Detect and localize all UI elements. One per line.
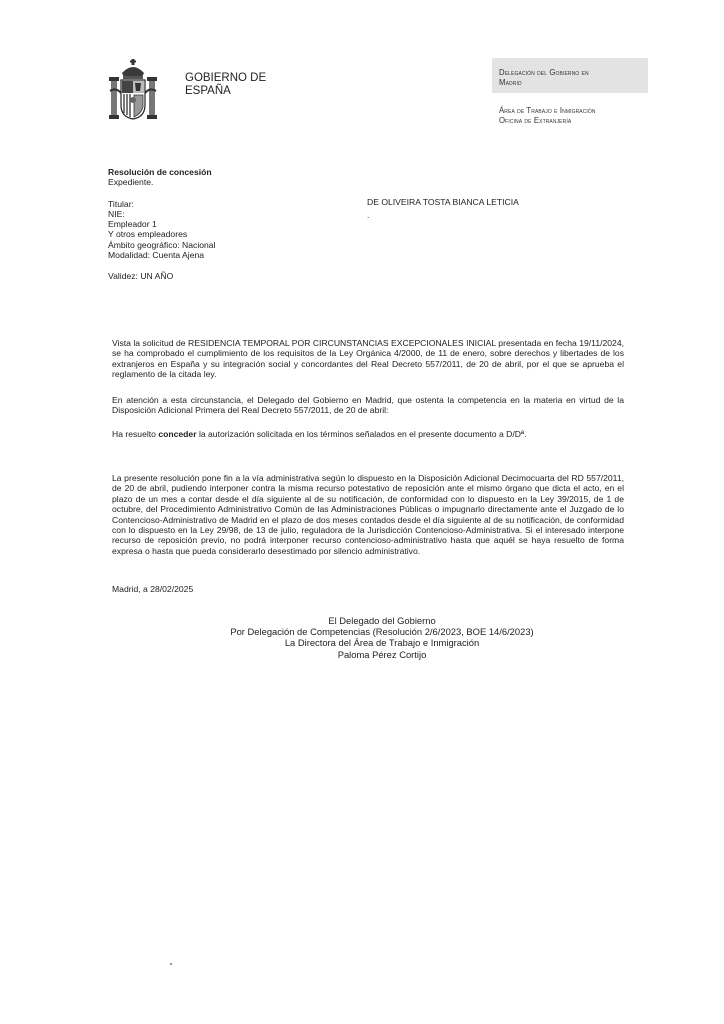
- area-office-header: Área de Trabajo e Inmigración Oficina de…: [499, 106, 596, 126]
- signature-line1: El Delegado del Gobierno: [112, 615, 652, 626]
- delegation-header-box: Delegación del Gobierno en Madrid: [492, 58, 648, 93]
- holder-info: DE OLIVEIRA TOSTA BIANCA LETICIA .: [367, 196, 519, 222]
- resolution-text-after: la autorización solicitada en los términ…: [197, 429, 527, 439]
- signature-line2: Por Delegación de Competencias (Resoluci…: [112, 626, 652, 637]
- government-title: GOBIERNO DE ESPAÑA: [185, 72, 266, 98]
- empleador-label: Empleador 1: [108, 219, 215, 229]
- resolution-title: Resolución de concesión: [108, 167, 215, 177]
- nie-value: .: [367, 209, 519, 222]
- gov-title-line1: GOBIERNO DE: [185, 72, 266, 84]
- nie-label: NIE:: [108, 209, 215, 219]
- signatory-name: Paloma Pérez Cortijo: [112, 649, 652, 660]
- resolution-metadata: Resolución de concesión Expediente. Titu…: [108, 167, 215, 282]
- paragraph-application: Vista la solicitud de RESIDENCIA TEMPORA…: [112, 338, 624, 380]
- paragraph-appeal-rights: La presente resolución pone fin a la vía…: [112, 473, 624, 556]
- expediente-label: Expediente.: [108, 177, 215, 187]
- footer-mark: [170, 963, 172, 965]
- delegation-line2: Madrid: [499, 78, 522, 87]
- titular-name: DE OLIVEIRA TOSTA BIANCA LETICIA: [367, 196, 519, 209]
- area-line1: Área de Trabajo e Inmigración: [499, 106, 596, 115]
- resolution-verb: conceder: [158, 429, 196, 439]
- coat-of-arms-icon: [108, 57, 158, 123]
- delegation-line1: Delegación del Gobierno en: [499, 68, 589, 77]
- resolution-text-before: Ha resuelto: [112, 429, 158, 439]
- modalidad-label: Modalidad: Cuenta Ajena: [108, 250, 215, 260]
- area-line2: Oficina de Extranjería: [499, 116, 571, 125]
- signature-line3: La Directora del Área de Trabajo e Inmig…: [112, 637, 652, 648]
- ambito-label: Ámbito geográfico: Nacional: [108, 240, 215, 250]
- signature-block: El Delegado del Gobierno Por Delegación …: [112, 615, 652, 660]
- validez-label: Validez: UN AÑO: [108, 271, 215, 281]
- paragraph-resolution: Ha resuelto conceder la autorización sol…: [112, 429, 624, 439]
- gov-title-line2: ESPAÑA: [185, 85, 231, 97]
- otros-empleadores-label: Y otros empleadores: [108, 229, 215, 239]
- place-and-date: Madrid, a 28/02/2025: [112, 584, 193, 594]
- paragraph-competence: En atención a esta circunstancia, el Del…: [112, 395, 624, 416]
- titular-label: Titular:: [108, 199, 215, 209]
